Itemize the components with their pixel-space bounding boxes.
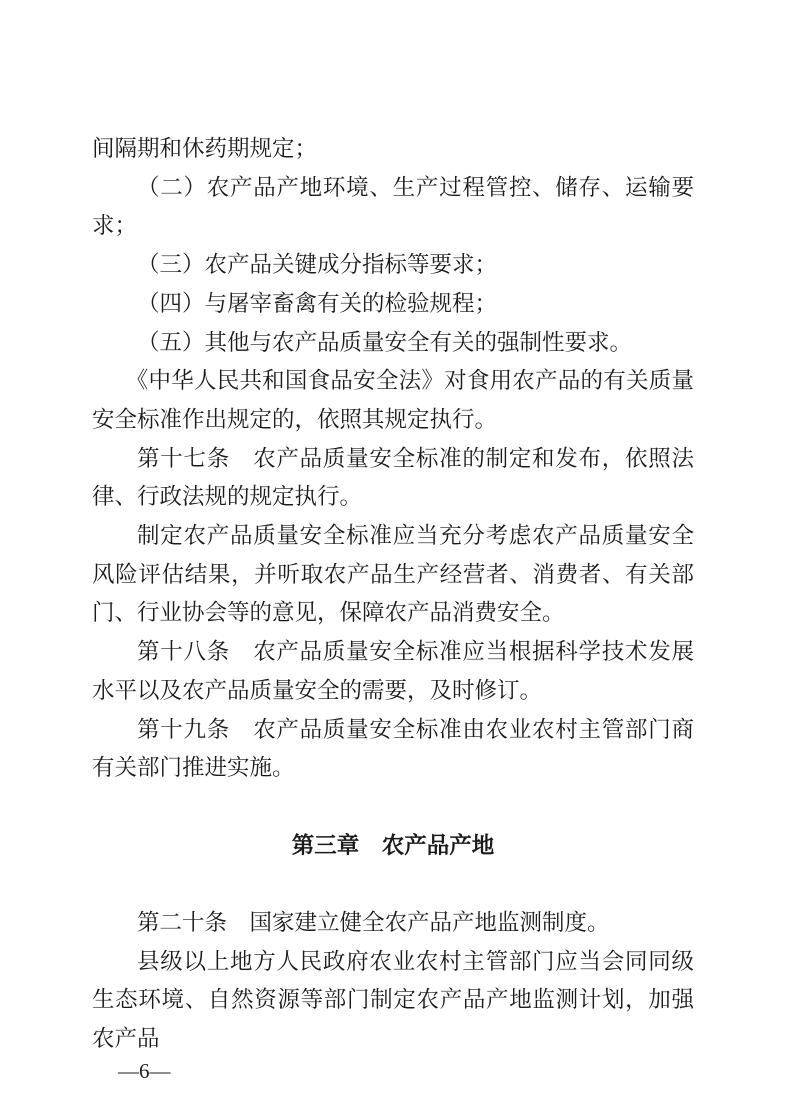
blank-line (92, 865, 694, 904)
blank-line (92, 788, 694, 827)
page-number: —6— (118, 1058, 171, 1084)
list-item-4: （四）与屠宰畜禽有关的检验规程； (92, 285, 694, 324)
document-page: 间隔期和休药期规定； （二）农产品产地环境、生产过程管控、储存、运输要求； （三… (0, 0, 786, 1114)
paragraph-food-safety-law: 《中华人民共和国食品安全法》对食用农产品的有关质量安全标准作出规定的，依照其规定… (92, 362, 694, 439)
article-17-paragraph-2: 制定农产品质量安全标准应当充分考虑农产品质量安全风险评估结果，并听取农产品生产经… (92, 517, 694, 633)
paragraph-continuation: 间隔期和休药期规定； (92, 130, 694, 169)
article-18: 第十八条 农产品质量安全标准应当根据科学技术发展水平以及农产品质量安全的需要，及… (92, 633, 694, 710)
article-20-paragraph-2: 县级以上地方人民政府农业农村主管部门应当会同同级生态环境、自然资源等部门制定农产… (92, 943, 694, 1059)
article-17: 第十七条 农产品质量安全标准的制定和发布，依照法律、行政法规的规定执行。 (92, 440, 694, 517)
article-19: 第十九条 农产品质量安全标准由农业农村主管部门商有关部门推进实施。 (92, 711, 694, 788)
document-body: 间隔期和休药期规定； （二）农产品产地环境、生产过程管控、储存、运输要求； （三… (92, 130, 694, 1059)
chapter-heading: 第三章 农产品产地 (92, 827, 694, 866)
list-item-2: （二）农产品产地环境、生产过程管控、储存、运输要求； (92, 169, 694, 246)
article-20: 第二十条 国家建立健全农产品产地监测制度。 (92, 904, 694, 943)
list-item-5: （五）其他与农产品质量安全有关的强制性要求。 (92, 324, 694, 363)
list-item-3: （三）农产品关键成分指标等要求； (92, 246, 694, 285)
